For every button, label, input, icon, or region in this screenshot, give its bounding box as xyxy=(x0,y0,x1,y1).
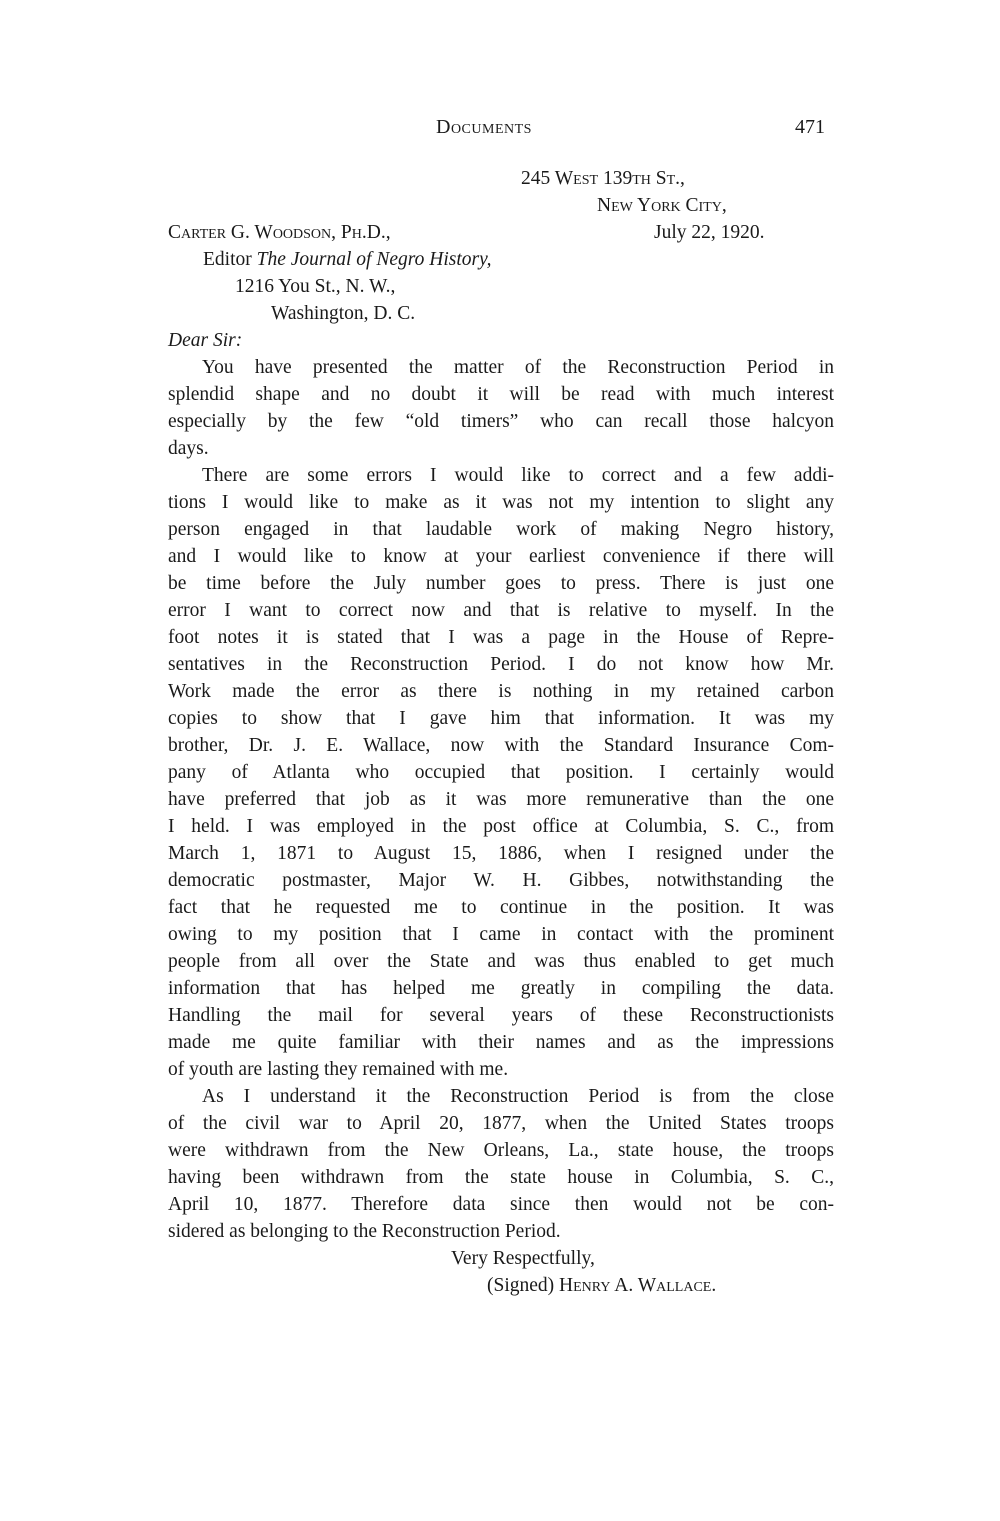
journal-name: The Journal of Negro History, xyxy=(257,249,492,270)
paragraph-3-line: of the civil war to April 20, 1877, when… xyxy=(168,1110,834,1137)
recipient-title-prefix: Editor xyxy=(203,249,257,270)
paragraph-2-line: have preferred that job as it was more r… xyxy=(168,786,834,813)
paragraph-1-line: especially by the few “old timers” who c… xyxy=(168,408,834,435)
paragraph-3-line: were withdrawn from the New Orleans, La.… xyxy=(168,1137,834,1164)
paragraph-3-line: having been withdrawn from the state hou… xyxy=(168,1164,834,1191)
paragraph-2-line: and I would like to know at your earlies… xyxy=(168,543,834,570)
paragraph-2-line: democratic postmaster, Major W. H. Gibbe… xyxy=(168,867,834,894)
paragraph-2-line: owing to my position that I came in cont… xyxy=(168,921,834,948)
recipient-city: Washington, D. C. xyxy=(271,300,415,327)
recipient-street: 1216 You St., N. W., xyxy=(235,273,395,300)
signature-prefix: (Signed) xyxy=(487,1275,559,1296)
paragraph-2-line: Work made the error as there is nothing … xyxy=(168,678,834,705)
paragraph-2-line: pany of Atlanta who occupied that positi… xyxy=(168,759,834,786)
paragraph-2-line: fact that he requested me to continue in… xyxy=(168,894,834,921)
sender-city: New York City, xyxy=(597,192,727,219)
paragraph-1-line: splendid shape and no doubt it will be r… xyxy=(168,381,834,408)
paragraph-2-line: information that has helped me greatly i… xyxy=(168,975,834,1002)
paragraph-2-line: There are some errors I would like to co… xyxy=(168,462,834,489)
paragraph-2-line: sentatives in the Reconstruction Period.… xyxy=(168,651,834,678)
signature: (Signed) Henry A. Wallace. xyxy=(487,1272,716,1299)
recipient-title: Editor The Journal of Negro History, xyxy=(203,246,492,273)
paragraph-2-line: person engaged in that laudable work of … xyxy=(168,516,834,543)
paragraph-2-line: copies to show that I gave him that info… xyxy=(168,705,834,732)
sender-street: 245 West 139th St., xyxy=(521,165,685,192)
paragraph-2-line: error I want to correct now and that is … xyxy=(168,597,834,624)
paragraph-2-line: be time before the July number goes to p… xyxy=(168,570,834,597)
paragraph-1-line: days. xyxy=(168,435,834,462)
signature-name: Henry A. Wallace. xyxy=(559,1275,716,1296)
paragraph-2-line: Handling the mail for several years of t… xyxy=(168,1002,834,1029)
recipient-name: Carter G. Woodson, Ph.D., xyxy=(168,219,391,246)
closing: Very Respectfully, xyxy=(451,1245,595,1272)
page-number: 471 xyxy=(795,116,825,139)
paragraph-2-line: of youth are lasting they remained with … xyxy=(168,1056,834,1083)
paragraph-2-line: March 1, 1871 to August 15, 1886, when I… xyxy=(168,840,834,867)
paragraph-3-line: April 10, 1877. Therefore data since the… xyxy=(168,1191,834,1218)
paragraph-2-line: made me quite familiar with their names … xyxy=(168,1029,834,1056)
paragraph-2-line: tions I would like to make as it was not… xyxy=(168,489,834,516)
document-page: Documents 471 245 West 139th St., New Yo… xyxy=(0,0,1000,1521)
paragraph-1-line: You have presented the matter of the Rec… xyxy=(168,354,834,381)
paragraph-2-line: brother, Dr. J. E. Wallace, now with the… xyxy=(168,732,834,759)
salutation: Dear Sir: xyxy=(168,327,242,354)
running-header-title: Documents xyxy=(436,116,532,139)
paragraph-3-line: sidered as belonging to the Reconstructi… xyxy=(168,1218,834,1245)
paragraph-2-line: I held. I was employed in the post offic… xyxy=(168,813,834,840)
paragraph-3-line: As I understand it the Reconstruction Pe… xyxy=(168,1083,834,1110)
paragraph-2-line: people from all over the State and was t… xyxy=(168,948,834,975)
paragraph-2-line: foot notes it is stated that I was a pag… xyxy=(168,624,834,651)
letter-date: July 22, 1920. xyxy=(654,219,765,246)
